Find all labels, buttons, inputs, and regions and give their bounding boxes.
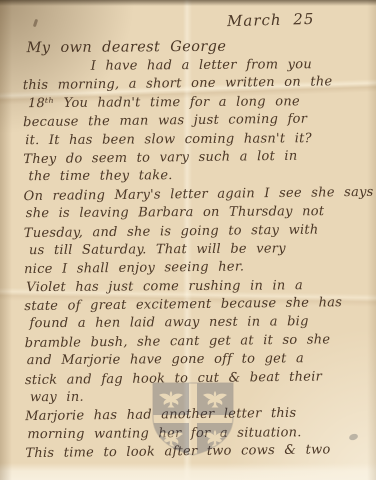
letter-date: March 25 — [226, 10, 314, 30]
shield-watermark-icon — [151, 380, 235, 458]
stray-ink-mark — [33, 19, 38, 28]
letter-line: On reading Mary's letter again I see she… — [24, 184, 366, 207]
letter-line: Tuesday, and she is going to stay with — [24, 220, 366, 243]
letter-photo: March 25 My own dearest George I have ha… — [0, 0, 376, 480]
letter-salutation: My own dearest George — [27, 36, 365, 58]
